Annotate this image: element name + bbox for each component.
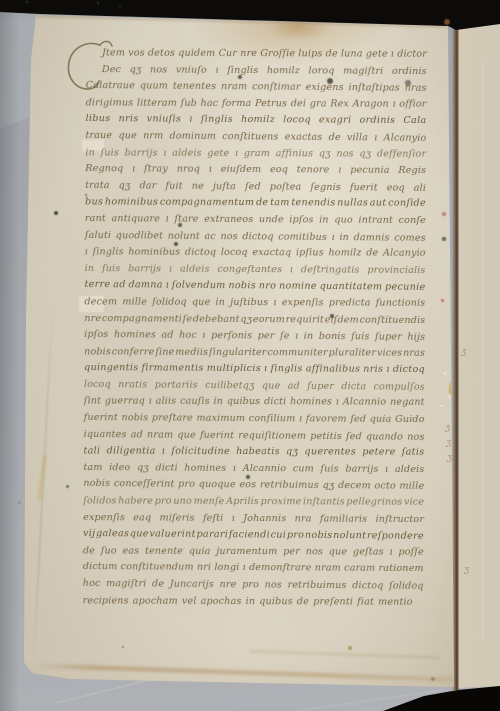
manuscript-line: trauequenrmdominumconſtituensexactasdevi… xyxy=(85,128,426,148)
ink-spot xyxy=(327,78,333,84)
ink-spot xyxy=(348,646,352,650)
manuscript-line: hocmagiſtrideJuncarijsnrepronosretribuim… xyxy=(83,576,424,596)
manuscript-page: JtemvosdetosquidemCurnreGroſſieluipsdelu… xyxy=(0,0,500,711)
ink-spot xyxy=(442,212,445,215)
manuscript-photo: JtemvosdetosquidemCurnreGroſſieluipsdelu… xyxy=(0,0,500,711)
ink-spot xyxy=(442,237,445,240)
paper-flake xyxy=(448,395,451,398)
manuscript-line: talidiligentiaıſolicitudinehabeatisqʒque… xyxy=(83,444,424,462)
manuscript-line: deſuoeastenentequiajuramentumpernosquege… xyxy=(83,543,424,561)
ink-spot xyxy=(18,501,21,504)
manuscript-line: ſolidoshabereprounomenſeAprilisproximein… xyxy=(83,493,424,511)
manuscript-line: ipſoshominesadhocıperſonisperſeıinbonisſ… xyxy=(84,327,425,347)
manuscript-line: dictumconſtituendumnrilongiıdemonſtraren… xyxy=(83,559,424,578)
page-fold-shadow xyxy=(32,300,53,670)
manuscript-line: nobisconferreſinemediisſingularitercommu… xyxy=(84,344,425,362)
stain xyxy=(250,650,440,660)
manuscript-line: rantantiquareıſtareextraneosundeipſosinq… xyxy=(85,211,426,230)
manuscript-line: fuerintnobispreſtaremaximumconſiliumıfav… xyxy=(84,410,425,429)
facing-page-crease xyxy=(482,60,483,640)
manuscript-line: inſuisbarrijsıaldeisgeteıgramaffiniusqʒn… xyxy=(85,145,426,163)
ink-spot xyxy=(54,211,58,215)
margin-mark: ʒ xyxy=(464,565,469,575)
manuscript-line: ſintguerraqıaliiscauſisinquibusdictihomi… xyxy=(84,394,425,412)
manuscript-line: ıſinglishominibusdictoqlocoqexactaqipſiu… xyxy=(85,244,426,262)
manuscript-line: decemmilleſolidoqqueinjuſtibusıexpenſisp… xyxy=(84,294,425,312)
ink-spot xyxy=(174,242,178,246)
ink-spot xyxy=(431,677,435,681)
paper-flake xyxy=(440,405,444,407)
margin-mark: ʒ xyxy=(461,347,466,357)
ink-spot xyxy=(178,223,181,226)
ink-spot xyxy=(444,19,450,25)
manuscript-line: quingentisfirmamentismultiplicisıſinglis… xyxy=(84,360,425,379)
margin-mark: ʒ xyxy=(446,438,451,448)
ink-spot xyxy=(119,5,121,7)
manuscript-line: libusnrisvniuſisıſinglishomilzlocoqexagr… xyxy=(85,111,426,130)
manuscript-line: recipiensapochamvelapochasinquibusdepreſ… xyxy=(83,593,413,611)
ink-spot xyxy=(441,299,444,302)
margin-mark: ʒ xyxy=(447,453,452,463)
paper-flake xyxy=(443,372,447,375)
manuscript-line: bushominibuscompagnamentumdetamtenendisn… xyxy=(85,195,426,213)
ink-spot xyxy=(405,80,410,85)
ink-spot xyxy=(330,314,333,317)
manuscript-line: JtemvosdetosquidemCurnreGroſſieluipsdelu… xyxy=(86,45,427,63)
manuscript-line: dirigimuslitteramſubhacformaPetrusdeigra… xyxy=(86,95,427,113)
stain xyxy=(30,663,455,682)
text-block: JtemvosdetosquidemCurnreGroſſieluipsdelu… xyxy=(83,45,427,611)
ink-spot xyxy=(66,485,69,488)
manuscript-line: Regnoqıſtraynroqıeiuſdemeoqtenoreıpecuni… xyxy=(85,161,426,180)
margin-mark: ʒ xyxy=(445,423,450,433)
ink-spot xyxy=(26,1,28,3)
